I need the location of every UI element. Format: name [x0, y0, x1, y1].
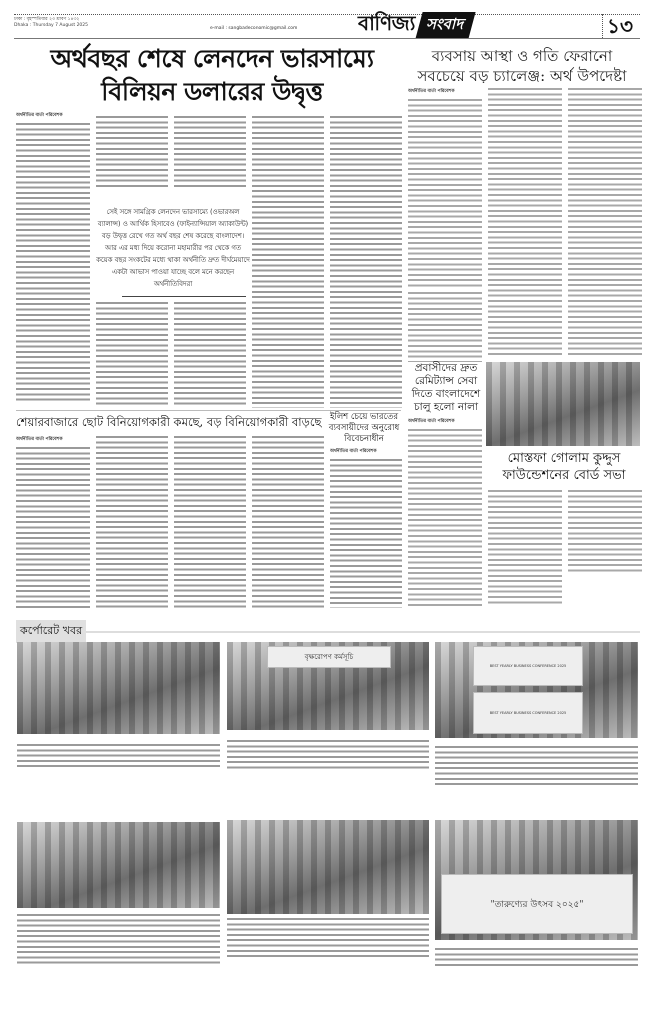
- lead-column-3: [174, 116, 246, 188]
- foundation-column-2: [568, 490, 642, 574]
- remittance-byline: অর্থনীতির বার্তা পরিবেশক: [408, 418, 482, 425]
- lead-column-4: [252, 116, 324, 408]
- advisor-column-1: অর্থনীতির বার্তা পরিবেশক: [408, 88, 482, 288]
- hilsa-headline-line-3: বিবেচনাধীন: [326, 434, 402, 445]
- foundation-headline-line-1: মোস্তফা গোলাম কুদ্দুস: [486, 450, 642, 467]
- foundation-board-meeting-photo: [486, 362, 640, 446]
- advisor-body-text: [488, 88, 562, 358]
- date-english: Dhaka : Thursday 7 August 2025: [14, 23, 88, 29]
- corporate-caption-4: [17, 914, 220, 964]
- advisor-body-text: [568, 88, 642, 358]
- page-number: ১৩: [602, 14, 633, 38]
- advisor-headline-line-2: সবচেয়ে বড় চ্যালেঞ্জ: অর্থ উপদেষ্টা: [404, 66, 640, 86]
- photo-banner: BEST YEARLY BUSINESS CONFERENCE 2025: [473, 646, 583, 686]
- dateline: ঢাকা : বৃহস্পতিবার ২৩ শ্রাবণ ১৪৩২ Dhaka …: [14, 17, 88, 29]
- share-market-column-2: [96, 436, 168, 608]
- foundation-headline[interactable]: মোস্তফা গোলাম কুদ্দুস ফাউন্ডেশনের বোর্ড …: [486, 450, 642, 484]
- lead-body-text: [174, 302, 246, 408]
- lead-body-text: [330, 116, 402, 408]
- lead-column-5: [330, 116, 402, 408]
- corporate-photo-award-ceremony: [17, 822, 220, 908]
- corporate-photo-tree-planting-2: বৃক্ষরোপণ কর্মসূচি: [227, 642, 429, 730]
- hilsa-column: অর্থনীতির বার্তা পরিবেশক: [330, 448, 402, 608]
- corporate-photo-youth-festival: "তারুণ্যের উৎসব ২০২৫": [435, 820, 638, 940]
- caption-text: [17, 744, 220, 770]
- section-divider: [16, 410, 401, 411]
- remittance-headline-line-3: দিতে বাংলাদেশে: [408, 388, 484, 401]
- corporate-photo-bank-anniversary: [227, 820, 429, 914]
- lead-headline-line-1: অর্থবছর শেষে লেনদেন ভারসাম্যে: [22, 42, 402, 75]
- caption-text: [435, 948, 638, 966]
- share-market-body-text: [16, 447, 90, 608]
- share-market-headline[interactable]: শেয়ারবাজারে ছোট বিনিয়োগকারী কমছে, বড় …: [16, 414, 306, 430]
- advisor-column-2: [488, 88, 562, 358]
- lead-byline: অর্থনীতির বার্তা পরিবেশক: [16, 112, 90, 119]
- photo-banner: "তারুণ্যের উৎসব ২০২৫": [441, 874, 633, 934]
- contact-email[interactable]: e-mail : sangbadeconomic@gmail.com: [210, 26, 297, 31]
- remittance-headline-line-4: চালু হলো নালা: [408, 401, 484, 414]
- corporate-section-rule: [86, 631, 640, 633]
- share-market-body-text: [252, 436, 324, 608]
- caption-text: [227, 918, 429, 960]
- corporate-caption-2: [227, 740, 429, 770]
- advisor-headline[interactable]: ব্যবসায় আস্থা ও গতি ফেরানো সবচেয়ে বড় …: [404, 46, 640, 86]
- caption-text: [227, 740, 429, 770]
- remittance-headline-line-1: প্রবাসীদের দ্রুত: [408, 362, 484, 375]
- advisor-body-text: [408, 292, 482, 362]
- hilsa-headline-line-2: ব্যবসায়ীদের অনুরোধ: [326, 423, 402, 434]
- lead-body-text: [96, 302, 168, 408]
- lead-body-text: [16, 123, 90, 403]
- corporate-caption-5: [227, 918, 429, 960]
- photo-banner: BEST YEARLY BUSINESS CONFERENCE 2025: [473, 692, 583, 734]
- hilsa-body-text: [330, 459, 402, 608]
- advisor-headline-line-1: ব্যবসায় আস্থা ও গতি ফেরানো: [404, 46, 640, 66]
- remittance-column: অর্থনীতির বার্তা পরিবেশক: [408, 418, 482, 608]
- share-market-column-4: [252, 436, 324, 608]
- lead-body-text: [96, 116, 168, 188]
- share-market-body-text: [96, 436, 168, 608]
- pull-quote-rule: [122, 296, 246, 297]
- logo-part-2: সংবাদ: [415, 12, 475, 39]
- lead-body-text: [174, 116, 246, 188]
- corporate-news-section-title: কর্পোরেট খবর: [16, 620, 86, 643]
- caption-text: [17, 914, 220, 964]
- foundation-body-text: [488, 490, 562, 606]
- remittance-headline-line-2: রেমিট্যান্স সেবা: [408, 375, 484, 388]
- advisor-column-1b: [408, 292, 482, 362]
- newspaper-logo: বাণিজ্য সংবাদ: [358, 14, 472, 36]
- remittance-body-text: [408, 429, 482, 608]
- lead-body-text: [252, 116, 324, 408]
- lead-column-2: [96, 116, 168, 188]
- caption-text: [435, 746, 638, 788]
- foundation-headline-line-2: ফাউন্ডেশনের বোর্ড সভা: [486, 467, 642, 484]
- advisor-byline: অর্থনীতির বার্তা পরিবেশক: [408, 88, 482, 95]
- advisor-body-text: [408, 99, 482, 288]
- share-market-byline: অর্থনীতির বার্তা পরিবেশক: [16, 436, 90, 443]
- lead-column-3b: [174, 302, 246, 408]
- hilsa-headline-line-1: ইলিশ চেয়ে ভারতের: [326, 412, 402, 423]
- share-market-body-text: [174, 436, 246, 608]
- logo-part-1: বাণিজ্য: [358, 9, 415, 42]
- photo-banner: বৃক্ষরোপণ কর্মসূচি: [267, 646, 391, 668]
- foundation-body-text: [568, 490, 642, 574]
- corporate-caption-6: [435, 948, 638, 966]
- hilsa-headline[interactable]: ইলিশ চেয়ে ভারতের ব্যবসায়ীদের অনুরোধ বি…: [326, 412, 402, 445]
- corporate-caption-3: [435, 746, 638, 788]
- remittance-headline[interactable]: প্রবাসীদের দ্রুত রেমিট্যান্স সেবা দিতে ব…: [408, 362, 484, 414]
- corporate-caption-1: [17, 744, 220, 770]
- share-market-column-3: [174, 436, 246, 608]
- share-market-column-1: অর্থনীতির বার্তা পরিবেশক: [16, 436, 90, 608]
- lead-headline-line-2: বিলিয়ন ডলারের উদ্বৃত্ত: [22, 75, 402, 108]
- advisor-column-3: [568, 88, 642, 358]
- corporate-photo-conference: BEST YEARLY BUSINESS CONFERENCE 2025 BES…: [435, 642, 638, 738]
- lead-headline[interactable]: অর্থবছর শেষে লেনদেন ভারসাম্যে বিলিয়ন ডল…: [22, 42, 402, 108]
- lead-column-1: অর্থনীতির বার্তা পরিবেশক: [16, 112, 90, 404]
- lead-column-2b: [96, 302, 168, 408]
- masthead-top-rule: [14, 14, 640, 15]
- foundation-column-1: [488, 490, 562, 606]
- hilsa-byline: অর্থনীতির বার্তা পরিবেশক: [330, 448, 402, 455]
- masthead-bottom-rule: [14, 38, 640, 39]
- corporate-photo-tree-planting-1: [17, 642, 220, 734]
- lead-pull-quote: সেই সঙ্গে সামগ্রিক লেনদেন ভারসাম্যে (ওভা…: [96, 206, 250, 290]
